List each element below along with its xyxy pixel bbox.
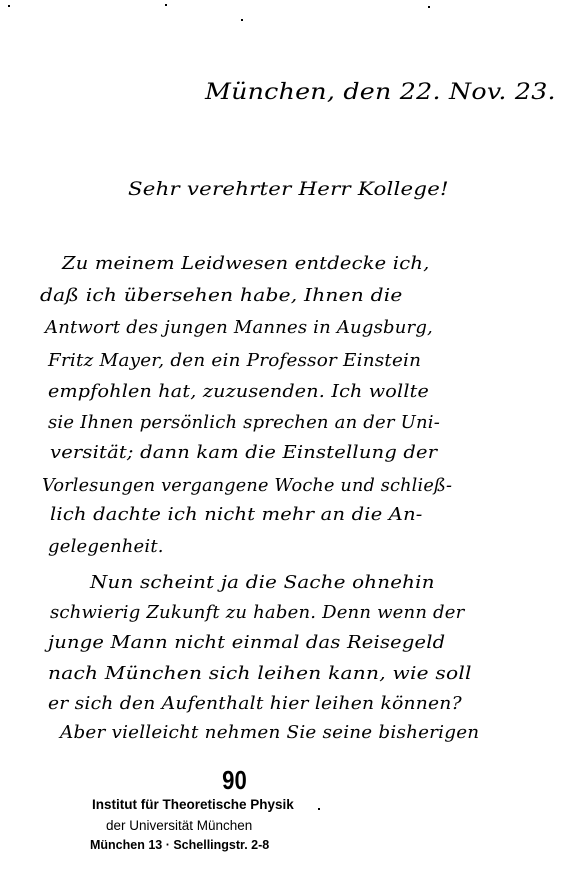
scan-speck [8,5,10,7]
scan-speck [165,4,167,6]
scan-speck [318,808,320,810]
letter-line: lich dachte ich nicht mehr an die An- [50,504,423,525]
stamp-address: München 13 · Schellingstr. 2-8 [90,838,269,852]
letter-line: nach München sich leihen kann, wie soll [48,663,472,684]
letter-salutation: Sehr verehrter Herr Kollege! [128,178,449,200]
letter-line: Aber vielleicht nehmen Sie seine bisheri… [60,722,479,743]
letter-line: Nun scheint ja die Sache ohnehin [90,572,435,593]
letter-line: daß ich übersehen habe, Ihnen die [40,285,403,306]
letter-place-date: München, den 22. Nov. 23. [205,80,556,105]
letter-line: sie Ihnen persönlich sprechen an der Uni… [48,412,440,433]
letter-line: Zu meinem Leidwesen entdecke ich, [62,253,429,274]
letter-line: gelegenheit. [48,536,164,557]
scan-speck [241,19,243,21]
letter-line: Fritz Mayer, den ein Professor Einstein [48,350,421,371]
letter-line: junge Mann nicht einmal das Reisegeld [48,632,445,653]
stamp-university: der Universität München [106,818,252,833]
letter-line: versität; dann kam die Einstellung der [50,442,437,463]
letter-line: Antwort des jungen Mannes in Augsburg, [45,317,433,338]
letter-page: München, den 22. Nov. 23. Sehr verehrter… [0,0,574,894]
letter-line: empfohlen hat, zuzusenden. Ich wollte [48,381,429,402]
stamp-page-number: 90 [222,765,247,796]
scan-speck [428,6,430,8]
letter-line: er sich den Aufenthalt hier leihen könne… [48,693,462,714]
letter-line: schwierig Zukunft zu haben. Denn wenn de… [50,602,464,623]
stamp-institute: Institut für Theoretische Physik [92,797,294,812]
letter-line: Vorlesungen vergangene Woche und schließ… [42,475,452,496]
